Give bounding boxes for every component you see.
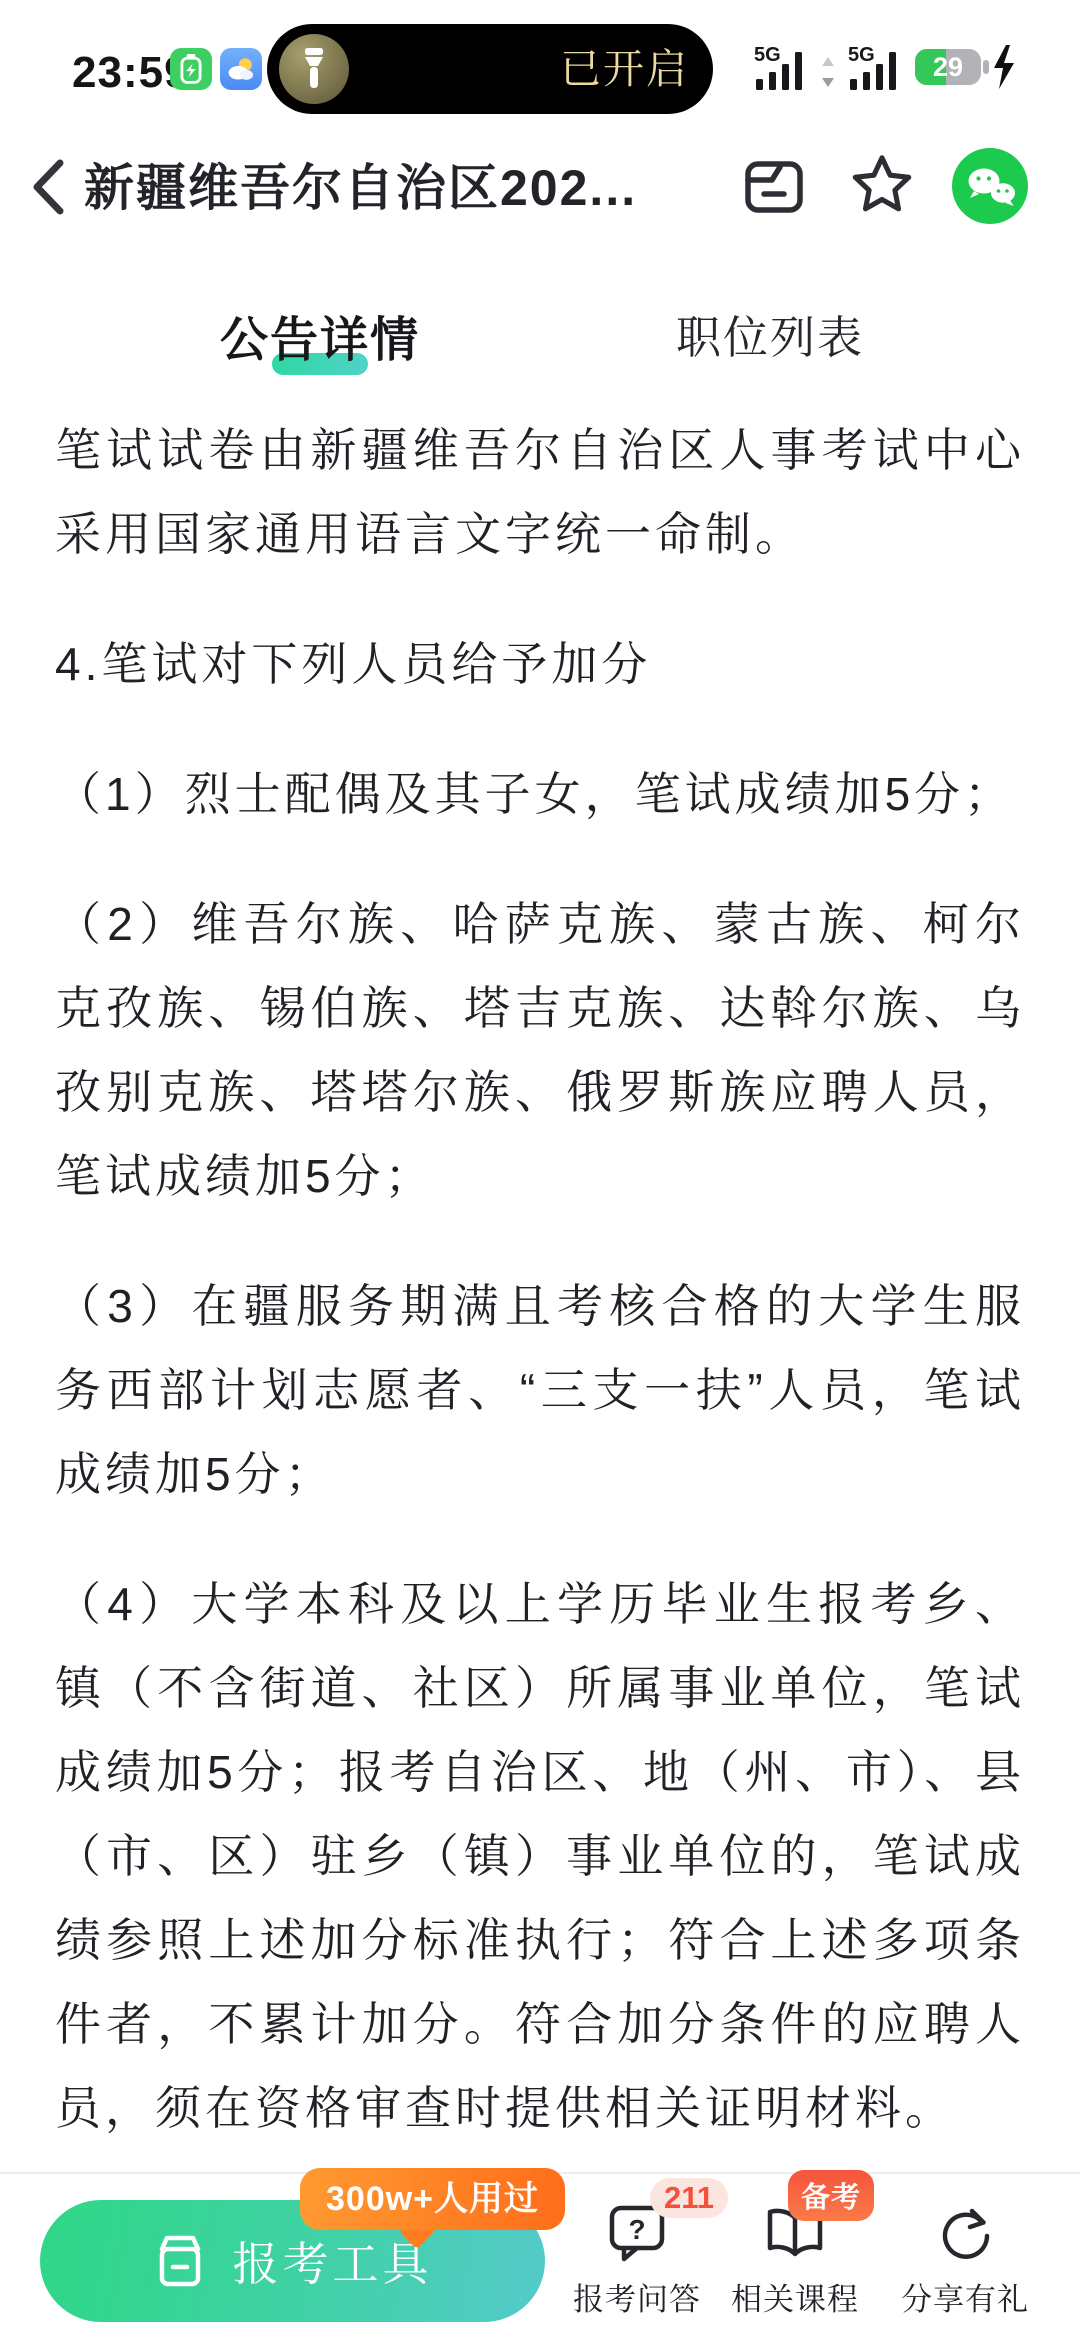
favorite-button[interactable] — [844, 148, 920, 224]
back-icon[interactable] — [26, 156, 70, 218]
flashlight-notification-pill[interactable]: 已开启 — [267, 24, 713, 114]
weather-app-icon — [220, 48, 262, 90]
wechat-icon — [952, 148, 1028, 224]
share-reward-button[interactable]: 分享有礼 — [890, 2194, 1040, 2319]
page-title: 新疆维吾尔自治区202... — [84, 148, 637, 220]
paragraph: （3）在疆服务期满且考核合格的大学生服务西部计划志愿者、“三支一扶”人员，笔试成… — [55, 1264, 1025, 1516]
charging-bolt-icon — [994, 45, 1014, 89]
archive-button[interactable] — [736, 148, 812, 224]
folder-icon — [740, 152, 808, 220]
battery-indicator: 29 — [914, 44, 1018, 90]
usage-badge: 300w+人用过 — [300, 2168, 565, 2230]
paragraph: （1）烈士配偶及其子女，笔试成绩加5分； — [55, 752, 1025, 836]
svg-text:?: ? — [628, 2214, 645, 2245]
signal-sim1-icon: 5G — [754, 44, 808, 90]
battery-app-icon — [170, 48, 212, 90]
battery-percent-label: 29 — [933, 52, 963, 82]
flashlight-icon — [279, 34, 349, 104]
status-indicators: 5G 5G 29 — [754, 44, 1018, 90]
related-courses-label: 相关课程 — [720, 2274, 870, 2319]
nav-bar: 新疆维吾尔自治区202... — [0, 118, 1080, 253]
status-bar: 23:59 已开启 5G — [0, 0, 1080, 118]
exam-tools-label: 报考工具 — [233, 2228, 433, 2294]
signal-sim2-icon: 5G — [848, 44, 902, 90]
sim2-network-label: 5G — [848, 44, 875, 66]
flashlight-status-label: 已开启 — [560, 24, 689, 114]
share-reward-label: 分享有礼 — [890, 2274, 1040, 2319]
prep-badge: 备考 — [788, 2170, 874, 2221]
wechat-share-button[interactable] — [952, 148, 1028, 224]
qa-count-badge: 211 — [650, 2178, 728, 2218]
paragraph: （2）维吾尔族、哈萨克族、蒙古族、柯尔克孜族、锡伯族、塔吉克族、达斡尔族、乌孜别… — [55, 882, 1025, 1218]
share-arrow-icon — [936, 2206, 994, 2264]
data-activity-icon — [820, 54, 836, 90]
announcement-body: 笔试试卷由新疆维吾尔自治区人事考试中心采用国家通用语言文字统一命制。 4.笔试对… — [55, 400, 1025, 2172]
paragraph: （4）大学本科及以上学历毕业生报考乡、镇（不含街道、社区）所属事业单位，笔试成绩… — [55, 1562, 1025, 2150]
bottom-toolbar: 报考工具 300w+人用过 ? 报考问答 211 相关课程 备考 — [0, 2172, 1080, 2344]
paragraph: 笔试试卷由新疆维吾尔自治区人事考试中心采用国家通用语言文字统一命制。 — [55, 408, 1025, 576]
sun-cloud-icon — [227, 55, 255, 83]
star-icon — [846, 150, 918, 222]
sim1-network-label: 5G — [754, 44, 781, 66]
tab-position-list[interactable]: 职位列表 — [610, 301, 930, 366]
tab-announcement-detail[interactable]: 公告详情 — [160, 301, 480, 370]
exam-qa-label: 报考问答 — [562, 2274, 712, 2319]
tab-bar: 公告详情 职位列表 — [0, 253, 1080, 400]
toolbox-icon — [153, 2231, 207, 2291]
paragraph: 4.笔试对下列人员给予加分 — [55, 622, 1025, 706]
battery-glyph-icon — [179, 54, 203, 84]
